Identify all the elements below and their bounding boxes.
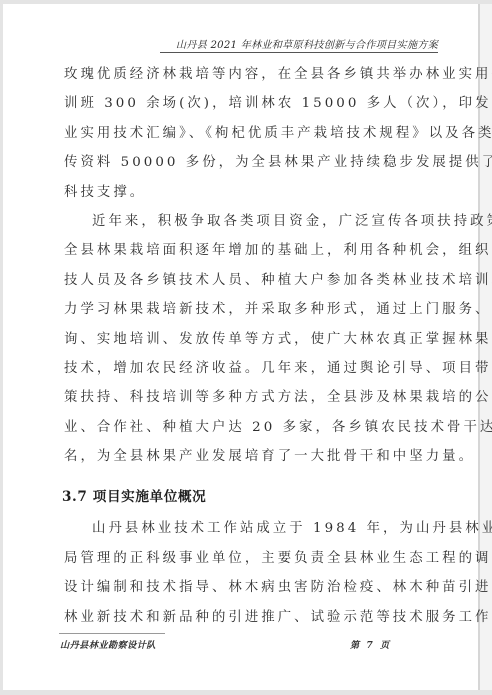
text-line: 全县林果栽培面积逐年增加的基础上，利用各种机会，组织单位科 <box>64 236 439 265</box>
footer-organization: 山丹县林业勘察设计队 <box>60 637 156 651</box>
text-line: 力学习林果栽培新技术，并采取多种形式，通过上门服务、电话咨 <box>64 295 439 324</box>
text-line: 山丹县林业技术工作站成立于 1984 年，为山丹县林业和草原 <box>64 514 439 543</box>
text-line: 科技支撑。 <box>64 178 439 207</box>
text-line: 近年来，积极争取各类项目资金，广泛宣传各项扶持政策，在 <box>64 207 439 236</box>
text-line: 技术，增加农民经济收益。几年来，通过舆论引导、项目带动、政 <box>64 354 439 383</box>
text-line: 业实用技术汇编》、《枸杞优质丰产栽培技术规程》以及各类科技宣 <box>64 119 439 148</box>
document-body: 玫瑰优质经济林栽培等内容，在全县各乡镇共举办林业实用技术培 训班 300 余场(… <box>64 60 439 632</box>
running-header-title: 山丹县 2021 年林业和草原科技创新与合作项目实施方案 <box>160 36 438 53</box>
section-heading: 3.7 项目实施单位概况 <box>62 481 439 514</box>
text-line: 名，为全县林果产业发展培育了一大批骨干和中坚力量。 <box>64 442 439 471</box>
text-line: 询、实地培训、发放传单等方式，使广大林农真正掌握林果栽培新 <box>64 325 439 354</box>
text-line: 局管理的正科级事业单位，主要负责全县林业生态工程的调查规划 <box>64 544 439 573</box>
text-line: 设计编制和技术指导、林木病虫害防治检疫、林木种苗引进管理、 <box>64 573 439 602</box>
paragraph-recent-years: 近年来，积极争取各类项目资金，广泛宣传各项扶持政策，在 全县林果栽培面积逐年增加… <box>64 207 439 472</box>
footer-page-number: 第 7 页 <box>350 637 389 651</box>
text-line: 技人员及各乡镇技术人员、种植大户参加各类林业技术培训班，努 <box>64 266 439 295</box>
text-line: 传资料 50000 多份，为全县林果产业持续稳步发展提供了强有力的 <box>64 148 439 177</box>
text-line: 策扶持、科技培训等多种方式方法，全县涉及林果栽培的公司、企 <box>64 383 439 412</box>
paragraph-unit-overview: 山丹县林业技术工作站成立于 1984 年，为山丹县林业和草原 局管理的正科级事业… <box>64 514 439 632</box>
footer-divider <box>59 633 165 634</box>
text-line: 业、合作社、种植大户达 20 多家，各乡镇农民技术骨干达 1200 多 <box>64 413 439 442</box>
text-line: 林业新技术和新品种的引进推广、试验示范等技术服务工作。全站 <box>64 603 439 632</box>
text-line: 训班 300 余场(次)，培训林农 15000 多人（次），印发《山丹县林 <box>64 89 439 118</box>
text-line: 玫瑰优质经济林栽培等内容，在全县各乡镇共举办林业实用技术培 <box>64 60 439 89</box>
paragraph-continued: 玫瑰优质经济林栽培等内容，在全县各乡镇共举办林业实用技术培 训班 300 余场(… <box>64 60 439 207</box>
